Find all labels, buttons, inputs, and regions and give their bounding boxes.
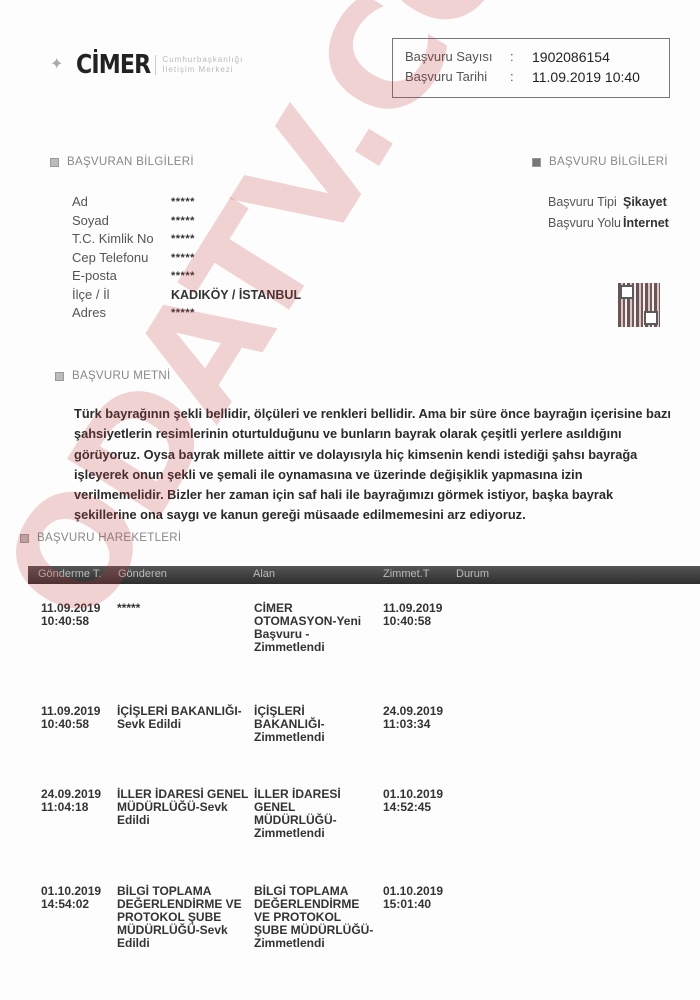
applicant-field-row: Cep Telefonu*****: [72, 249, 301, 268]
applicant-field-row: Soyad*****: [72, 212, 301, 231]
applicant-section-heading: BAŞVURAN BİLGİLERİ: [50, 156, 194, 168]
qr-code-icon: [618, 283, 660, 327]
movements-section-heading: BAŞVURU HAREKETLERİ: [20, 532, 181, 544]
receiver-cell: İÇİŞLERİ BAKANLIĞI-Zimmetlendi: [254, 705, 374, 744]
field-value: *****: [171, 212, 195, 231]
field-label: Adres: [72, 304, 171, 323]
field-label: Soyad: [72, 212, 171, 231]
assigned-date-cell: 01.10.2019 14:52:45: [383, 788, 463, 814]
application-fields: Başvuru TipiŞikayetBaşvuru Yoluİnternet: [548, 196, 669, 238]
applicant-section-title: BAŞVURAN BİLGİLERİ: [67, 156, 194, 168]
section-square-icon: [20, 534, 29, 543]
separator: :: [510, 67, 532, 87]
section-square-icon: [55, 372, 64, 381]
text-section-heading: BAŞVURU METNİ: [55, 370, 170, 382]
column-sent-date: Gönderme T.: [38, 568, 101, 580]
star-crescent-icon: ✦: [50, 54, 64, 76]
column-receiver: Alan: [253, 568, 275, 580]
field-label: Ad: [72, 193, 171, 212]
section-square-icon: [532, 158, 541, 167]
sent-date-cell: 11.09.2019 10:40:58: [41, 705, 115, 731]
logo-subtitle: Cumhurbaşkanlığı İletişim Merkezi: [155, 55, 243, 75]
application-text: Türk bayrağının şekli bellidir, ölçüleri…: [74, 404, 674, 526]
assigned-date-cell: 11.09.2019 10:40:58: [383, 602, 463, 628]
sent-date-cell: 01.10.2019 14:54:02: [41, 885, 115, 911]
application-section-title: BAŞVURU BİLGİLERİ: [549, 156, 668, 168]
sent-date-cell: 24.09.2019 11:04:18: [41, 788, 115, 814]
field-value: İnternet: [623, 217, 669, 230]
field-label: Başvuru Yolu: [548, 217, 623, 230]
application-number-row: Başvuru Sayısı : 1902086154: [405, 47, 657, 67]
separator: :: [510, 47, 532, 67]
field-value: *****: [171, 230, 195, 249]
application-date-label: Başvuru Tarihi: [405, 67, 510, 87]
reference-box: Başvuru Sayısı : 1902086154 Başvuru Tari…: [392, 38, 670, 98]
receiver-cell: BİLGİ TOPLAMA DEĞERLENDİRME VE PROTOKOL …: [254, 885, 374, 950]
applicant-field-row: T.C. Kimlik No*****: [72, 230, 301, 249]
receiver-cell: CİMER OTOMASYON-Yeni Başvuru - Zimmetlen…: [254, 602, 374, 654]
sent-date-cell: 11.09.2019 10:40:58: [41, 602, 115, 628]
application-number-label: Başvuru Sayısı: [405, 47, 510, 67]
logo-subtitle-line2: İletişim Merkezi: [162, 65, 233, 74]
section-square-icon: [50, 158, 59, 167]
field-value: *****: [171, 249, 195, 268]
field-value: Şikayet: [623, 196, 667, 209]
column-sender: Gönderen: [118, 568, 167, 580]
text-section-title: BAŞVURU METNİ: [72, 370, 170, 382]
column-assigned-date: Zimmet.T: [383, 568, 429, 580]
application-section-heading: BAŞVURU BİLGİLERİ: [532, 156, 668, 168]
field-label: İlçe / İl: [72, 286, 171, 305]
application-date-value: 11.09.2019 10:40: [532, 67, 640, 87]
applicant-field-row: Adres*****: [72, 304, 301, 323]
application-field-row: Başvuru TipiŞikayet: [548, 196, 669, 209]
receiver-cell: İLLER İDARESİ GENEL MÜDÜRLÜĞÜ-Zimmetlend…: [254, 788, 374, 840]
field-label: Cep Telefonu: [72, 249, 171, 268]
field-value: *****: [171, 193, 195, 212]
sender-cell: İLLER İDARESİ GENEL MÜDÜRLÜĞÜ-Sevk Edild…: [117, 788, 257, 827]
field-label: Başvuru Tipi: [548, 196, 623, 209]
field-label: T.C. Kimlik No: [72, 230, 171, 249]
field-value: KADIKÖY / İSTANBUL: [171, 286, 301, 305]
field-label: E-posta: [72, 267, 171, 286]
applicant-field-row: Ad*****: [72, 193, 301, 212]
column-status: Durum: [456, 568, 489, 580]
cimer-logo: ✦ CİMER Cumhurbaşkanlığı İletişim Merkez…: [50, 50, 243, 80]
movements-section-title: BAŞVURU HAREKETLERİ: [37, 532, 181, 544]
application-date-row: Başvuru Tarihi : 11.09.2019 10:40: [405, 67, 657, 87]
applicant-field-row: İlçe / İlKADIKÖY / İSTANBUL: [72, 286, 301, 305]
application-field-row: Başvuru Yoluİnternet: [548, 217, 669, 230]
logo-subtitle-line1: Cumhurbaşkanlığı: [162, 55, 243, 64]
sender-cell: BİLGİ TOPLAMA DEĞERLENDİRME VE PROTOKOL …: [117, 885, 257, 950]
application-number-value: 1902086154: [532, 47, 610, 67]
sender-cell: *****: [117, 602, 257, 615]
sender-cell: İÇİŞLERİ BAKANLIĞI-Sevk Edildi: [117, 705, 257, 731]
logo-text: CİMER: [76, 50, 150, 80]
field-value: *****: [171, 267, 195, 286]
field-value: *****: [171, 304, 195, 323]
movements-table-header: Gönderme T. Gönderen Alan Zimmet.T Durum: [28, 566, 700, 584]
applicant-field-row: E-posta*****: [72, 267, 301, 286]
assigned-date-cell: 01.10.2019 15:01:40: [383, 885, 463, 911]
applicant-fields: Ad*****Soyad*****T.C. Kimlik No*****Cep …: [72, 193, 301, 323]
assigned-date-cell: 24.09.2019 11:03:34: [383, 705, 463, 731]
